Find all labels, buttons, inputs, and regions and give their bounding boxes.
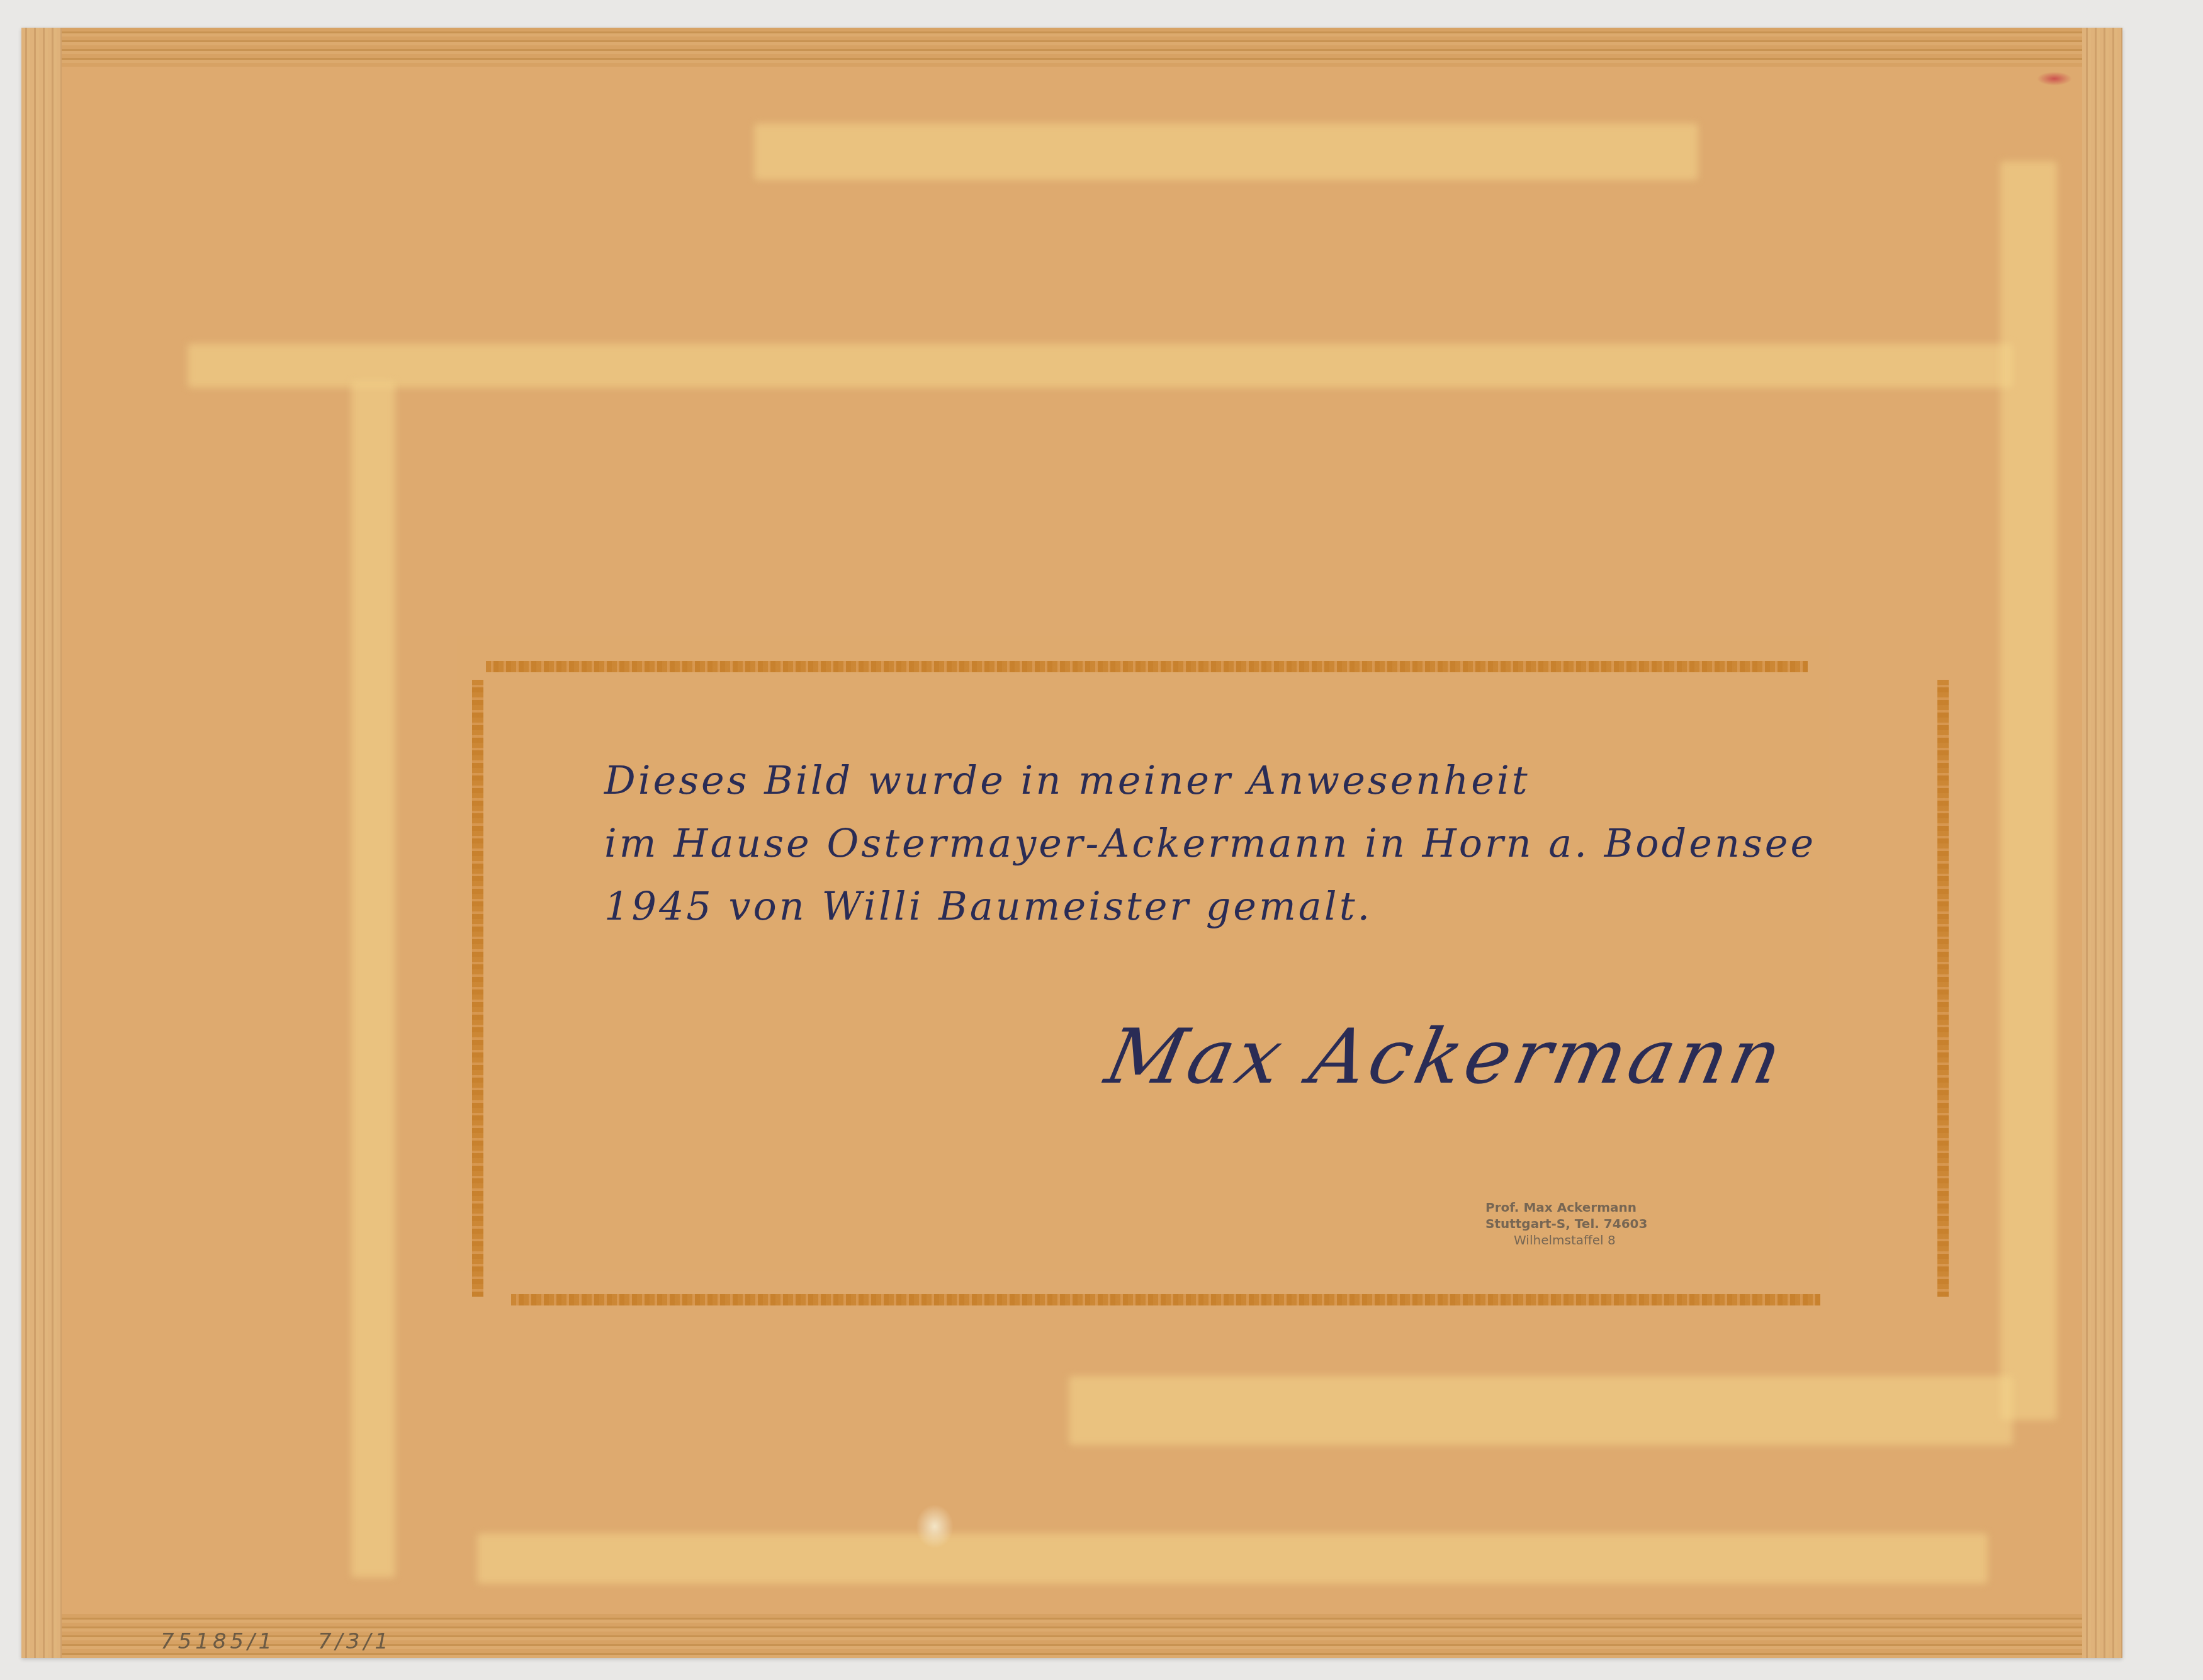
note-line-1: Dieses Bild wurde in meiner Anwesenheit [604, 749, 1800, 812]
ribbed-border-left [21, 28, 62, 1658]
note-line-3: 1945 von Willi Baumeister gemalt. [604, 875, 1800, 938]
paint-smear [477, 1533, 1988, 1584]
note-panel [457, 636, 1829, 1271]
stamp-line-1: Prof. Max Ackermann [1485, 1199, 1647, 1215]
pencil-inventory-number: 75185/1 [161, 1629, 276, 1654]
note-line-2: im Hause Ostermayer-Ackermann in Horn a.… [604, 812, 1800, 875]
crayon-line-bottom [511, 1294, 1820, 1305]
ribbed-border-right [2082, 28, 2122, 1658]
red-stain [2037, 72, 2072, 86]
paint-smear [351, 381, 395, 1577]
paint-smear [1069, 1376, 2013, 1445]
crayon-line-right [1937, 680, 1949, 1297]
paint-smear [2000, 161, 2057, 1420]
crayon-line-top [486, 661, 1808, 672]
ribbed-border-top [21, 28, 2122, 67]
stamp-line-2: Stuttgart-S, Tel. 74603 [1485, 1215, 1647, 1232]
stamp-line-3: Wilhelmstaffel 8 [1485, 1232, 1647, 1248]
handwritten-note: Dieses Bild wurde in meiner Anwesenheit … [604, 749, 1800, 938]
pencil-inventory-code: 7/3/1 [318, 1629, 392, 1654]
paint-smear [188, 344, 2013, 388]
surface-damage [916, 1504, 954, 1548]
signature: Max Ackermann [1098, 1013, 1793, 1101]
paint-smear [754, 123, 1698, 180]
crayon-line-left [472, 680, 483, 1297]
address-stamp: Prof. Max Ackermann Stuttgart-S, Tel. 74… [1485, 1199, 1647, 1248]
